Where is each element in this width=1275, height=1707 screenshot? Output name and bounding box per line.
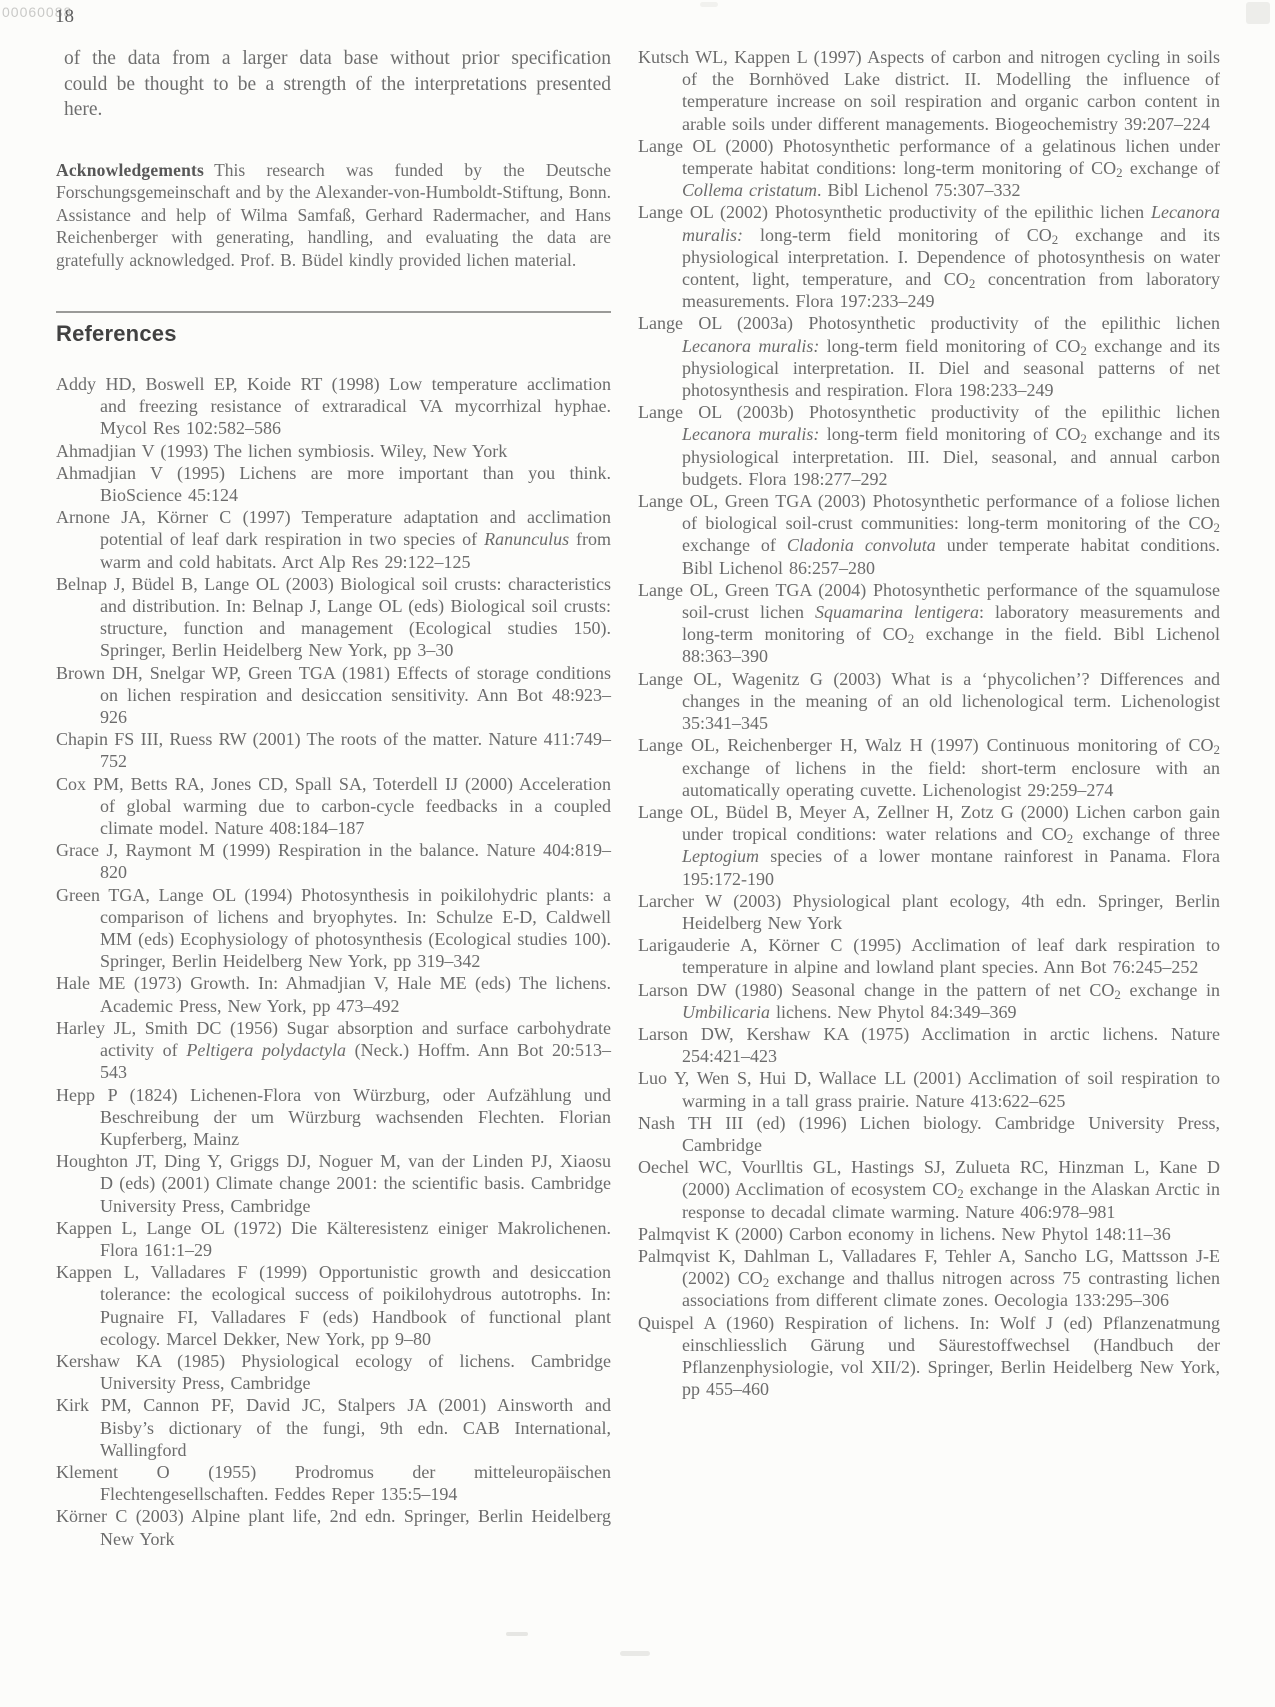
reference-entry: Addy HD, Boswell EP, Koide RT (1998) Low… [100, 373, 611, 440]
reference-entry: Ahmadjian V (1993) The lichen symbiosis.… [100, 440, 611, 462]
acknowledgements-paragraph: AcknowledgementsThis research was funded… [56, 159, 611, 272]
reference-entry: Belnap J, Büdel B, Lange OL (2003) Biolo… [100, 573, 611, 662]
reference-entry: Nash TH III (ed) (1996) Lichen biology. … [682, 1112, 1220, 1156]
reference-entry: Green TGA, Lange OL (1994) Photosynthesi… [100, 884, 611, 973]
scan-artifact [620, 1651, 650, 1656]
intro-paragraph: of the data from a larger data base with… [64, 46, 611, 123]
reference-entry: Hale ME (1973) Growth. In: Ahmadjian V, … [100, 972, 611, 1016]
reference-entry: Luo Y, Wen S, Hui D, Wallace LL (2001) A… [682, 1067, 1220, 1111]
reference-entry: Larigauderie A, Körner C (1995) Acclimat… [682, 934, 1220, 978]
reference-entry: Lange OL, Green TGA (2003) Photosyntheti… [682, 490, 1220, 579]
reference-entry: Lange OL, Green TGA (2004) Photosyntheti… [682, 579, 1220, 668]
reference-entry: Quispel A (1960) Respiration of lichens.… [682, 1312, 1220, 1401]
page-number: 18 [55, 6, 74, 28]
reference-entry: Kappen L, Valladares F (1999) Opportunis… [100, 1261, 611, 1350]
reference-entry: Larson DW (1980) Seasonal change in the … [682, 979, 1220, 1023]
reference-entry: Palmqvist K (2000) Carbon economy in lic… [682, 1223, 1220, 1245]
right-column: Kutsch WL, Kappen L (1997) Aspects of ca… [638, 46, 1220, 1400]
scan-artifact [1246, 2, 1270, 24]
reference-entry: Grace J, Raymont M (1999) Respiration in… [100, 839, 611, 883]
reference-entry: Arnone JA, Körner C (1997) Temperature a… [100, 506, 611, 573]
reference-entry: Harley JL, Smith DC (1956) Sugar absorpt… [100, 1017, 611, 1084]
reference-entry: Kershaw KA (1985) Physiological ecology … [100, 1350, 611, 1394]
reference-entry: Brown DH, Snelgar WP, Green TGA (1981) E… [100, 662, 611, 729]
acknowledgements-label: Acknowledgements [56, 160, 204, 180]
reference-entry: Larcher W (2003) Physiological plant eco… [682, 890, 1220, 934]
reference-entry: Larson DW, Kershaw KA (1975) Acclimation… [682, 1023, 1220, 1067]
reference-entry: Kirk PM, Cannon PF, David JC, Stalpers J… [100, 1394, 611, 1461]
reference-entry: Palmqvist K, Dahlman L, Valladares F, Te… [682, 1245, 1220, 1312]
reference-entry: Kappen L, Lange OL (1972) Die Kälteresis… [100, 1217, 611, 1261]
scan-artifact [700, 2, 718, 7]
reference-entry: Oechel WC, Vourlltis GL, Hastings SJ, Zu… [682, 1156, 1220, 1223]
left-column: of the data from a larger data base with… [56, 46, 611, 1550]
reference-entry: Lange OL, Wagenitz G (2003) What is a ‘p… [682, 668, 1220, 735]
reference-entry: Chapin FS III, Ruess RW (2001) The roots… [100, 728, 611, 772]
reference-entry: Lange OL (2000) Photosynthetic performan… [682, 135, 1220, 202]
reference-entry: Lange OL (2002) Photosynthetic productiv… [682, 201, 1220, 312]
reference-entry: Klement O (1955) Prodromus der mitteleur… [100, 1461, 611, 1505]
reference-entry: Körner C (2003) Alpine plant life, 2nd e… [100, 1505, 611, 1549]
reference-entry: Houghton JT, Ding Y, Griggs DJ, Noguer M… [100, 1150, 611, 1217]
reference-entry: Lange OL (2003a) Photosynthetic producti… [682, 312, 1220, 401]
reference-entry: Lange OL (2003b) Photosynthetic producti… [682, 401, 1220, 490]
reference-entry: Cox PM, Betts RA, Jones CD, Spall SA, To… [100, 773, 611, 840]
scan-artifact [506, 1632, 528, 1636]
references-list-right: Kutsch WL, Kappen L (1997) Aspects of ca… [638, 46, 1220, 1400]
reference-entry: Kutsch WL, Kappen L (1997) Aspects of ca… [682, 46, 1220, 135]
references-list-left: Addy HD, Boswell EP, Koide RT (1998) Low… [56, 373, 611, 1550]
references-heading: References [56, 321, 611, 347]
reference-entry: Lange OL, Büdel B, Meyer A, Zellner H, Z… [682, 801, 1220, 890]
section-divider [56, 311, 611, 313]
scanned-paper-page: 00060088 18 of the data from a larger da… [0, 0, 1275, 1707]
reference-entry: Hepp P (1824) Lichenen-Flora von Würzbur… [100, 1084, 611, 1151]
reference-entry: Ahmadjian V (1995) Lichens are more impo… [100, 462, 611, 506]
reference-entry: Lange OL, Reichenberger H, Walz H (1997)… [682, 734, 1220, 801]
